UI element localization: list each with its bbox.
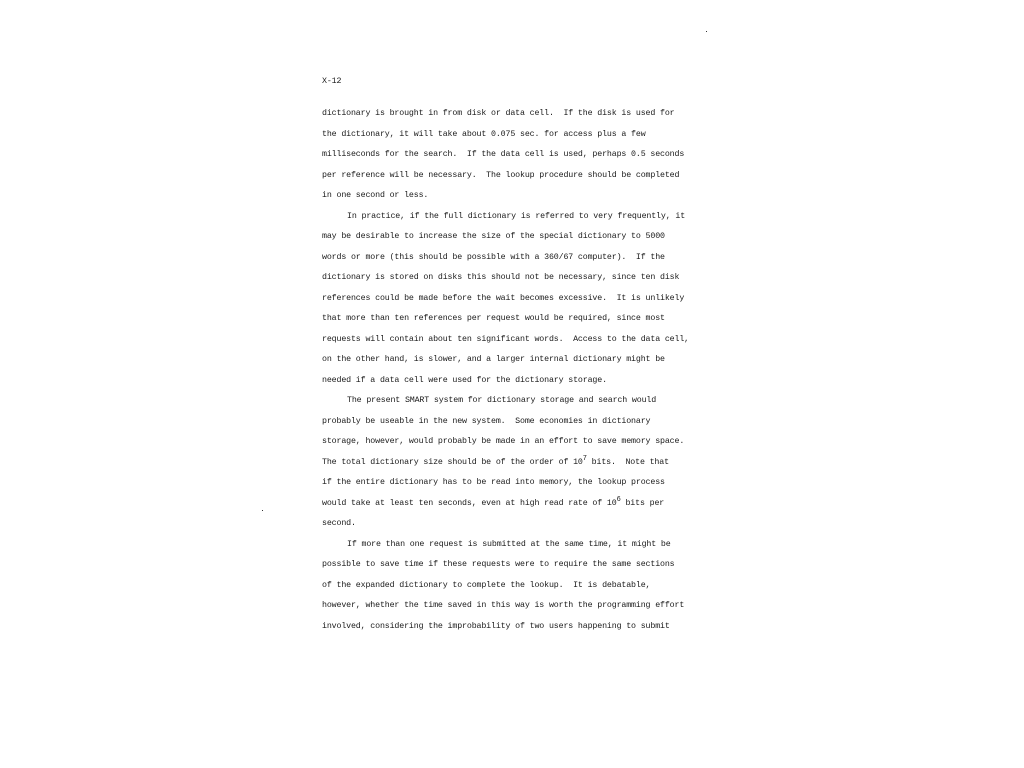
text-line: involved, considering the improbability … (322, 617, 702, 638)
text-line-content: may be desirable to increase the size of… (322, 232, 665, 241)
text-line: the dictionary, it will take about 0.075… (322, 125, 702, 146)
scan-speck (706, 31, 707, 32)
text-line: needed if a data cell were used for the … (322, 371, 702, 392)
document-page: X-12 dictionary is brought in from disk … (0, 0, 1024, 768)
text-line: second. (322, 514, 702, 535)
text-line-content: per reference will be necessary. The loo… (322, 171, 679, 180)
text-line-content: possible to save time if these requests … (322, 560, 675, 569)
text-line-content: probably be useable in the new system. S… (322, 417, 650, 426)
text-line: on the other hand, is slower, and a larg… (322, 350, 702, 371)
text-line: of the expanded dictionary to complete t… (322, 576, 702, 597)
text-line-content: on the other hand, is slower, and a larg… (322, 355, 665, 364)
text-line: that more than ten references per reques… (322, 309, 702, 330)
text-line-content: requests will contain about ten signific… (322, 335, 689, 344)
text-line: The present SMART system for dictionary … (322, 391, 702, 412)
text-line-content: references could be made before the wait… (322, 294, 684, 303)
text-line-content: in one second or less. (322, 191, 428, 200)
text-line-content: of the expanded dictionary to complete t… (322, 581, 650, 590)
text-line-content: If more than one request is submitted at… (347, 540, 671, 549)
text-line: possible to save time if these requests … (322, 555, 702, 576)
text-line: requests will contain about ten signific… (322, 330, 702, 351)
scan-speck (262, 510, 263, 511)
text-line: words or more (this should be possible w… (322, 248, 702, 269)
text-line-content: The present SMART system for dictionary … (347, 396, 656, 405)
text-line: In practice, if the full dictionary is r… (322, 207, 702, 228)
text-line: dictionary is brought in from disk or da… (322, 104, 702, 125)
text-line-content: involved, considering the improbability … (322, 622, 670, 631)
text-line-content: second. (322, 519, 356, 528)
text-line-content: needed if a data cell were used for the … (322, 376, 607, 385)
text-line: If more than one request is submitted at… (322, 535, 702, 556)
text-line-content: milliseconds for the search. If the data… (322, 150, 684, 159)
text-line-content: dictionary is stored on disks this shoul… (322, 273, 679, 282)
text-line-content: the dictionary, it will take about 0.075… (322, 130, 646, 139)
text-line-content: if the entire dictionary has to be read … (322, 478, 665, 487)
body-text: dictionary is brought in from disk or da… (322, 104, 702, 637)
text-line-content: dictionary is brought in from disk or da… (322, 109, 675, 118)
text-line: may be desirable to increase the size of… (322, 227, 702, 248)
page-number: X-12 (322, 77, 341, 86)
text-line: however, whether the time saved in this … (322, 596, 702, 617)
text-line: would take at least ten seconds, even at… (322, 494, 702, 515)
text-line-content: however, whether the time saved in this … (322, 601, 684, 610)
text-line: storage, however, would probably be made… (322, 432, 702, 453)
text-line-content: that more than ten references per reques… (322, 314, 665, 323)
text-line: in one second or less. (322, 186, 702, 207)
text-line-continuation: bits per (621, 499, 664, 508)
text-line: probably be useable in the new system. S… (322, 412, 702, 433)
text-line-content: The total dictionary size should be of t… (322, 458, 583, 467)
text-line: if the entire dictionary has to be read … (322, 473, 702, 494)
text-line-content: would take at least ten seconds, even at… (322, 499, 617, 508)
text-line: per reference will be necessary. The loo… (322, 166, 702, 187)
text-line-content: words or more (this should be possible w… (322, 253, 665, 262)
text-line: dictionary is stored on disks this shoul… (322, 268, 702, 289)
text-line-continuation: bits. Note that (587, 458, 669, 467)
text-line-content: In practice, if the full dictionary is r… (347, 212, 685, 221)
text-line-content: storage, however, would probably be made… (322, 437, 684, 446)
text-line: milliseconds for the search. If the data… (322, 145, 702, 166)
text-line: references could be made before the wait… (322, 289, 702, 310)
text-line: The total dictionary size should be of t… (322, 453, 702, 474)
